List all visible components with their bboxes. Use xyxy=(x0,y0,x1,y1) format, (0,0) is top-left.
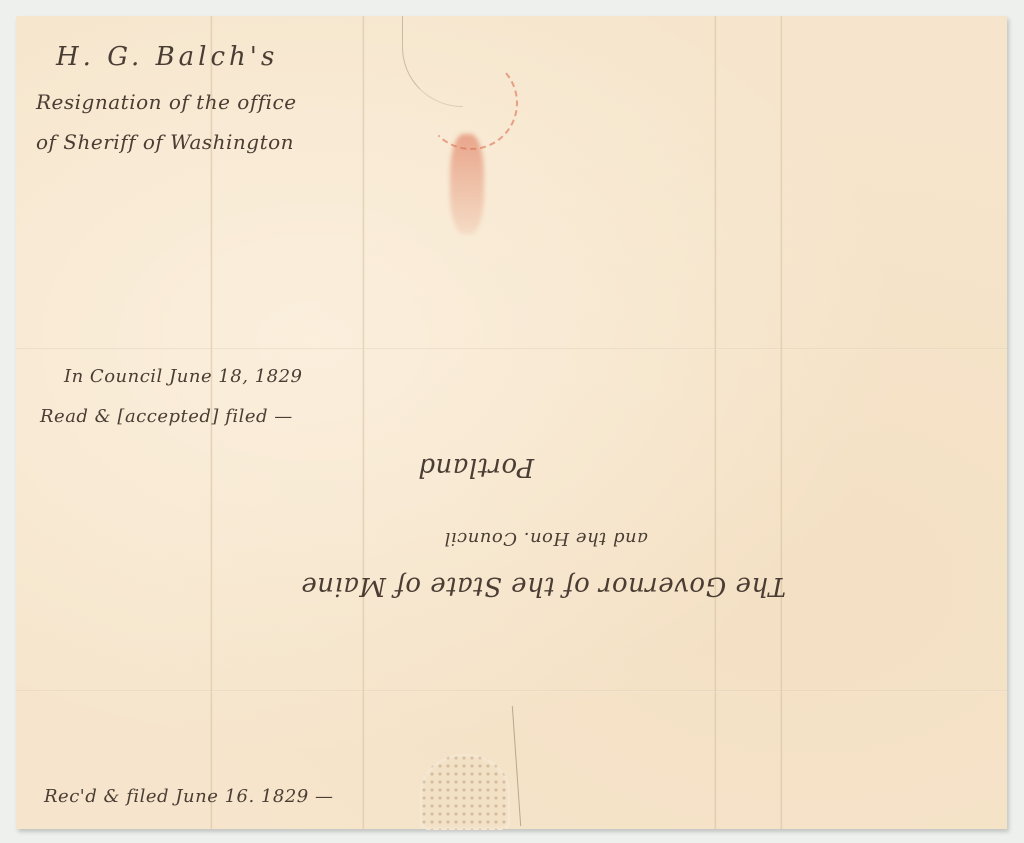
fold-line xyxy=(780,16,783,829)
address-line-1: The Governor of the State of Maine xyxy=(346,571,786,601)
paper-crack xyxy=(512,706,523,826)
docket-subject-line-1: Resignation of the office xyxy=(36,90,297,114)
letter-sheet: H. G. Balch's Resignation of the office … xyxy=(16,16,1007,829)
wax-stain xyxy=(450,134,484,234)
fold-line xyxy=(16,348,1007,350)
fold-line xyxy=(362,16,365,829)
docket-subject-line-2: of Sheriff of Washington xyxy=(36,130,294,154)
address-line-2: and the Hon. Council xyxy=(376,528,716,549)
council-annotation: In Council June 18, 1829 xyxy=(64,366,302,387)
fold-line xyxy=(16,690,1007,692)
address-line-3: Portland xyxy=(346,452,606,482)
embossed-seal-icon xyxy=(420,754,510,830)
filed-annotation: Rec'd & filed June 16. 1829 — xyxy=(44,786,333,807)
docket-name: H. G. Balch's xyxy=(56,42,278,72)
fold-line xyxy=(714,16,717,829)
read-annotation: Read & [accepted] filed — xyxy=(40,406,293,427)
